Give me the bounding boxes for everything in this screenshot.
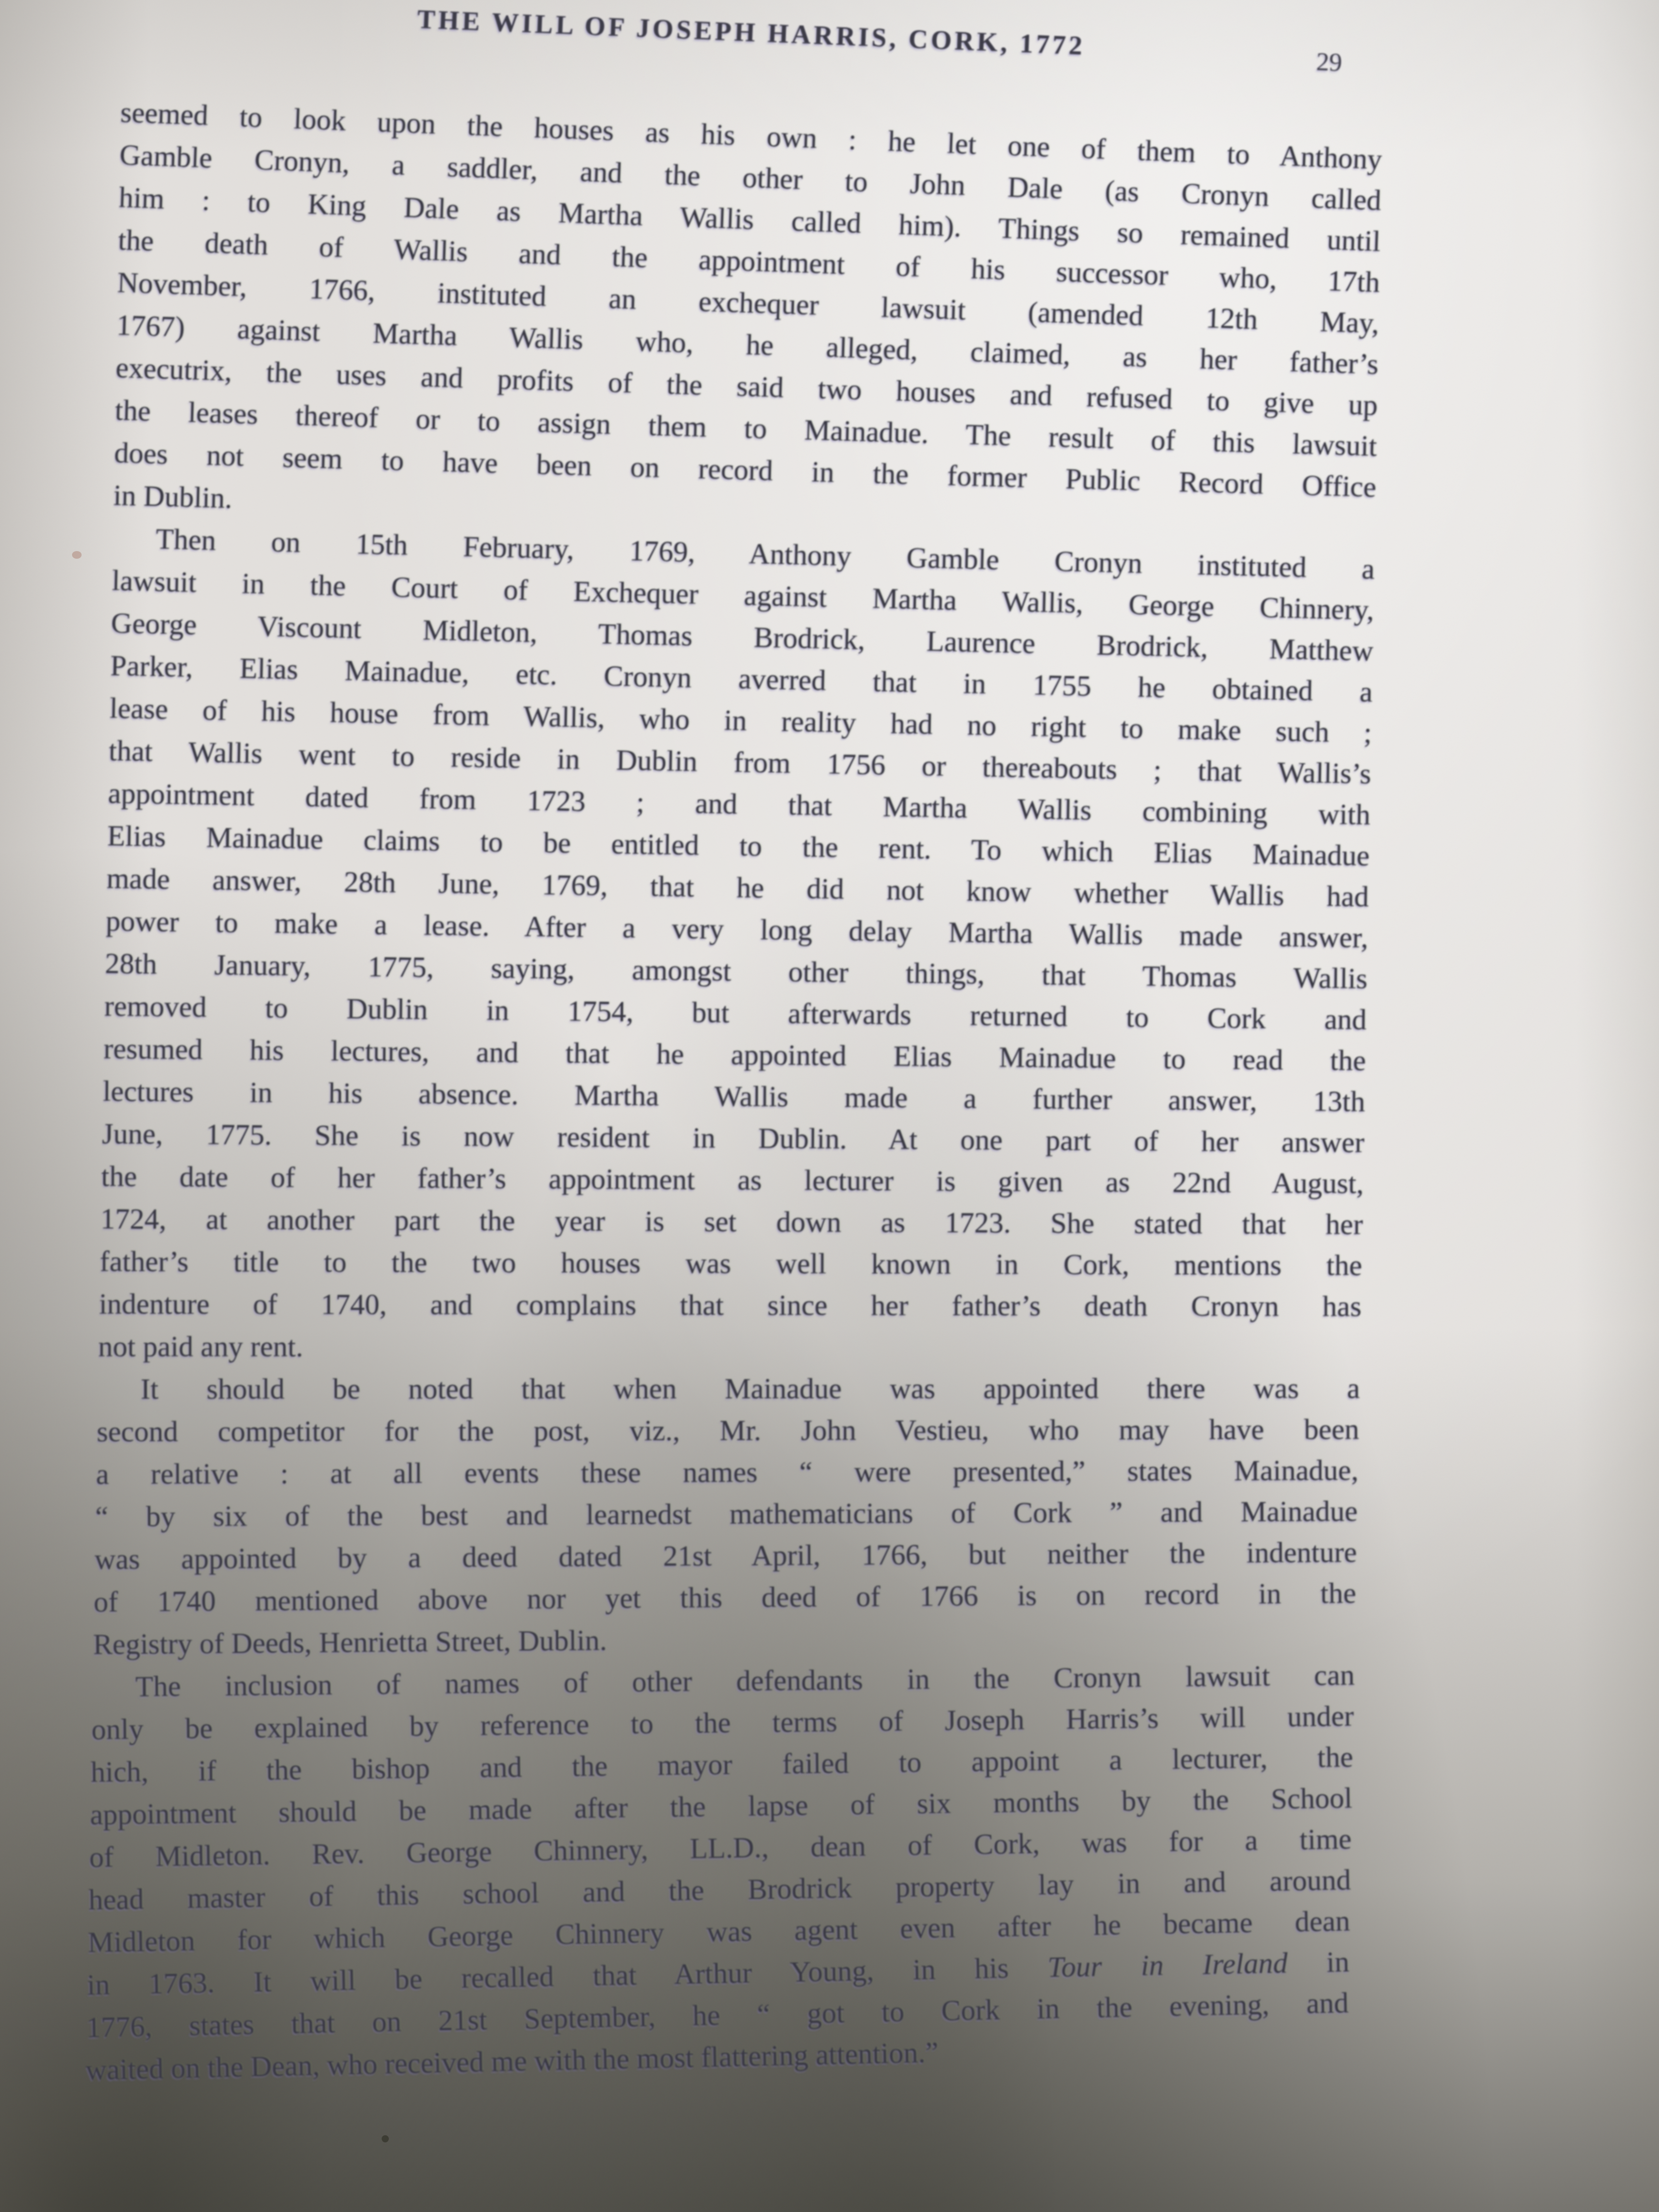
- text-line: a relative : at all events these names “…: [96, 1450, 1358, 1495]
- text-line: father’s title to the two houses was wel…: [100, 1241, 1362, 1286]
- text-line: June, 1775. She is now resident in Dubli…: [102, 1113, 1365, 1164]
- page-header-title: THE WILL OF JOSEPH HARRIS, CORK, 1772: [120, 0, 1382, 73]
- text-block: seemed to look upon the houses as his ow…: [120, 115, 1382, 2078]
- text-line: It should be noted that when Mainadue wa…: [97, 1368, 1360, 1410]
- paragraph: It should be noted that when Mainadue wa…: [120, 1368, 1382, 1660]
- text-line: second competitor for the post, viz., Mr…: [96, 1409, 1359, 1453]
- paragraph: The inclusion of names of other defendan…: [120, 1660, 1382, 2078]
- text-line: 1724, at another part the year is set do…: [100, 1198, 1363, 1246]
- page-number: 29: [1316, 47, 1343, 77]
- text-line: indenture of 1740, and complains that si…: [99, 1283, 1361, 1327]
- text-line: “ by six of the best and learnedst mathe…: [95, 1491, 1358, 1538]
- page-content: THE WILL OF JOSEPH HARRIS, CORK, 1772 29…: [0, 0, 1659, 2212]
- text-segment: in: [1287, 1946, 1350, 1979]
- text-line: not paid any rent.: [98, 1326, 1361, 1369]
- text-line: the date of her father’s appointment as …: [101, 1155, 1364, 1204]
- book-page-photo: THE WILL OF JOSEPH HARRIS, CORK, 1772 29…: [0, 0, 1659, 2212]
- text-line: was appointed by a deed dated 21st April…: [95, 1532, 1357, 1581]
- italic-book-title: Tour in Ireland: [1047, 1947, 1288, 1984]
- paragraph: Then on 15th February, 1769, Anthony Gam…: [120, 533, 1382, 1368]
- paragraph: seemed to look upon the houses as his ow…: [120, 115, 1382, 533]
